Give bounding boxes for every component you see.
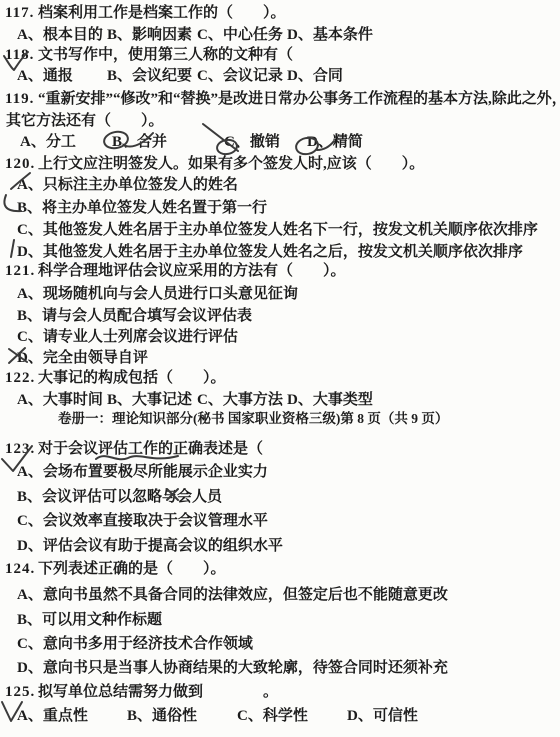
option-d: D、基本条件: [287, 26, 377, 44]
option-c: C、请专业人士列席会议进行评估: [17, 328, 238, 346]
option-b: B、可以用文种作标题: [17, 611, 162, 629]
question-119: 119.“重新安排”“修改”和“替换”是改进日常办公事务工作流程的基本方法,除此…: [5, 90, 560, 108]
option-b: B、通俗性: [127, 707, 237, 725]
question-125: 125.拟写单位总结需努力做到 。: [5, 683, 278, 701]
question-122-options: A、大事时间B、大事记述C、大事方法D、大事类型: [17, 391, 377, 409]
question-121: 121.科学合理地评估会议应采用的方法有（ ）。: [5, 262, 346, 280]
question-text: 拟写单位总结需努力做到 。: [38, 684, 278, 700]
option-b: B、会议纪要: [107, 67, 197, 85]
option-a: A、现场随机向与会人员进行口头意见征询: [17, 285, 298, 303]
question-123: 123.对于会议评估工作的正确表述是（: [5, 440, 263, 458]
option-a: A、分工: [20, 133, 112, 151]
question-124: 124.下列表述正确的是（ ）。: [5, 560, 226, 578]
option-c: C、撤销: [224, 133, 307, 151]
question-119-text-continued: 其它方法还有（ ）。: [6, 112, 164, 130]
option-a: A、根本目的: [17, 26, 107, 44]
option-d: D、意向书只是当事人协商结果的大致轮廓，待签合同时还须补充: [17, 659, 448, 677]
question-text: 上行文应注明签发人。如果有多个签发人时,应该（ ）。: [38, 156, 424, 172]
question-number: 122.: [5, 369, 38, 387]
option-d: D、合同: [287, 67, 377, 85]
question-122: 122.大事记的构成包括（ ）。: [5, 369, 226, 387]
question-text: “重新安排”“修改”和“替换”是改进日常办公事务工作流程的基本方法,除此之外，: [38, 91, 560, 107]
question-120: 120.上行文应注明签发人。如果有多个签发人时,应该（ ）。: [5, 155, 424, 173]
option-b: B、会议评估可以忽略与会人员: [17, 488, 222, 506]
option-c: C、科学性: [237, 707, 347, 725]
option-b: B、合并: [112, 133, 224, 151]
option-d: D、完全由领导自评: [17, 349, 148, 367]
option-c: C、意向书多用于经济技术合作领域: [17, 635, 253, 653]
question-117: 117.档案利用工作是档案工作的（ ）。: [5, 4, 286, 22]
option-a: A、只标注主办单位签发人的姓名: [17, 176, 238, 194]
question-text: 对于会议评估工作的正确表述是（: [38, 441, 263, 457]
question-number: 123.: [5, 440, 38, 458]
option-d: D、评估会议有助于提高会议的组织水平: [17, 537, 283, 555]
option-d: D、精简: [307, 134, 363, 150]
question-text: 科学合理地评估会议应采用的方法有（ ）。: [38, 263, 346, 279]
question-number: 124.: [5, 560, 38, 578]
option-b: B、请与会人员配合填写会议评估表: [17, 307, 252, 325]
option-a: A、通报: [17, 67, 107, 85]
option-c: C、会议记录: [197, 67, 287, 85]
question-125-options: A、重点性B、通俗性C、科学性D、可信性: [17, 707, 457, 725]
question-117-options: A、根本目的B、影响因素C、中心任务D、基本条件: [17, 26, 377, 44]
exam-paper-page: 117.档案利用工作是档案工作的（ ）。 A、根本目的B、影响因素C、中心任务D…: [0, 0, 560, 737]
option-c: C、会议效率直接取决于会议管理水平: [17, 512, 268, 530]
question-number: 119.: [5, 90, 38, 108]
question-118: 118.文书写作中，使用第三人称的文种有（: [5, 46, 293, 64]
question-number: 125.: [5, 683, 38, 701]
booklet-title: 卷册一：理论知识部分(秘书 国家职业资格三级): [58, 410, 340, 427]
question-119-options: A、分工B、合并C、撤销D、精简: [20, 133, 363, 151]
option-d: D、大事类型: [287, 391, 377, 409]
option-c: C、其他签发人姓名居于主办单位签发人姓名下一行，按发文机关顺序依次排序: [17, 221, 538, 239]
option-b: B、将主办单位签发人姓名置于第一行: [17, 199, 267, 217]
question-text: 档案利用工作是档案工作的（ ）。: [38, 5, 286, 21]
question-text: 下列表述正确的是（ ）。: [38, 561, 226, 577]
question-text: 大事记的构成包括（ ）。: [38, 370, 226, 386]
option-a: A、重点性: [17, 707, 127, 725]
option-a: A、大事时间: [17, 391, 107, 409]
question-text: 文书写作中，使用第三人称的文种有（: [38, 47, 293, 63]
page-footer: 卷册一：理论知识部分(秘书 国家职业资格三级) 第 8 页（共 9 页）: [58, 410, 442, 427]
option-d: D、可信性: [347, 707, 457, 725]
option-a: A、会场布置要极尽所能展示企业实力: [17, 463, 268, 481]
option-d: D、其他签发人姓名居于主办单位签发人姓名之后，按发文机关顺序依次排序: [17, 243, 523, 261]
page-number: 第 8 页（共 9 页）: [340, 410, 448, 427]
option-c: C、中心任务: [197, 26, 287, 44]
tick-mark-icon: [11, 240, 14, 257]
question-number: 121.: [5, 262, 38, 280]
option-b: B、大事记述: [107, 391, 197, 409]
question-118-options: A、通报B、会议纪要C、会议记录D、合同: [17, 67, 377, 85]
option-b: B、影响因素: [107, 26, 197, 44]
question-number: 120.: [5, 155, 38, 173]
question-number: 117.: [5, 4, 38, 22]
option-a: A、意向书虽然不具备合同的法律效应，但签定后也不能随意更改: [17, 586, 448, 604]
question-number: 118.: [5, 46, 38, 64]
option-c: C、大事方法: [197, 391, 287, 409]
